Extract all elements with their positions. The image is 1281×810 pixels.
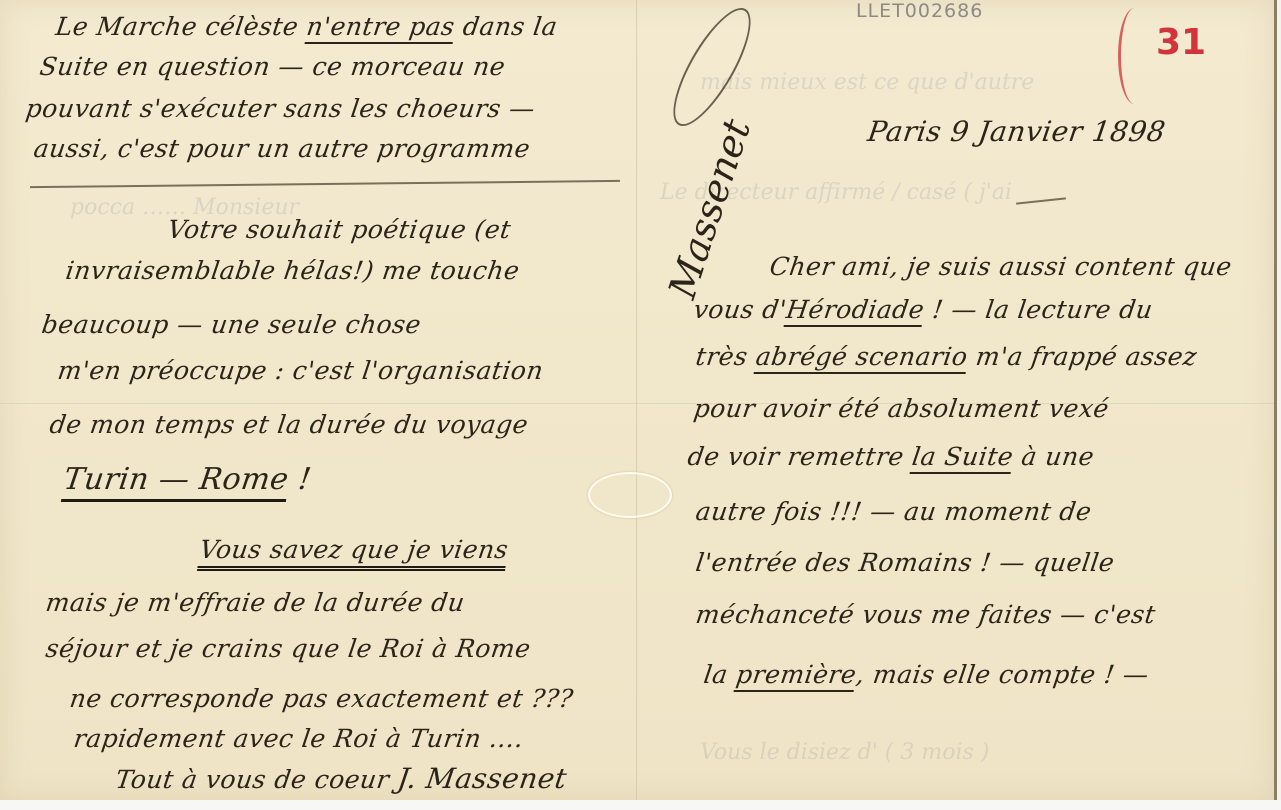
line: mais je m'effraie de la durée du bbox=[44, 588, 467, 617]
dash-mark bbox=[1016, 197, 1066, 204]
line: l'entrée des Romains ! — quelle bbox=[694, 548, 1116, 577]
line: Votre souhait poétique (et bbox=[166, 215, 513, 244]
line: de voir remettre la Suite à une bbox=[686, 442, 1096, 471]
line: très abrégé scenario m'a frappé assez bbox=[694, 342, 1199, 371]
line: la première, mais elle compte ! — bbox=[702, 660, 1151, 689]
right-page: Paris 9 Janvier 1898 Cher ami, je suis a… bbox=[638, 0, 1274, 800]
letter-sheet: mais mieux est ce que d'autre Le directe… bbox=[0, 0, 1277, 800]
line: Cher ami, je suis aussi content que bbox=[768, 252, 1234, 281]
line: ne corresponde pas exactement et ??? bbox=[68, 684, 575, 713]
line: méchanceté vous me faites — c'est bbox=[694, 600, 1158, 629]
line: aussi, c'est pour un autre programme bbox=[32, 134, 532, 163]
signature: J. Massenet bbox=[396, 762, 570, 795]
line: rapidement avec le Roi à Turin .... bbox=[72, 724, 526, 753]
left-page: Le Marche célèste n'entre pas dans la Su… bbox=[0, 0, 636, 800]
line: Le Marche célèste n'entre pas dans la bbox=[54, 12, 559, 41]
line: pour avoir été absolument vexé bbox=[692, 394, 1111, 423]
line: vous d'Hérodiade ! — la lecture du bbox=[692, 295, 1155, 324]
line: Suite en question — ce morceau ne bbox=[38, 52, 507, 81]
line: autre fois !!! — au moment de bbox=[694, 497, 1094, 526]
line: pouvant s'exécuter sans les choeurs — bbox=[24, 94, 537, 123]
line: Turin — Rome ! bbox=[62, 462, 314, 497]
place-date: Paris 9 Janvier 1898 bbox=[866, 115, 1168, 148]
line: beaucoup — une seule chose bbox=[40, 310, 423, 339]
divider-rule bbox=[30, 180, 620, 188]
closing-line: Tout à vous de coeur J. Massenet bbox=[114, 762, 569, 795]
line: invraisemblable hélas!) me touche bbox=[64, 256, 522, 285]
line: séjour et je crains que le Roi à Rome bbox=[44, 634, 533, 663]
scan-margin bbox=[0, 800, 1281, 810]
line: m'en préoccupe : c'est l'organisation bbox=[56, 356, 545, 385]
line: de mon temps et la durée du voyage bbox=[48, 410, 530, 439]
line: Vous savez que je viens bbox=[198, 535, 510, 564]
